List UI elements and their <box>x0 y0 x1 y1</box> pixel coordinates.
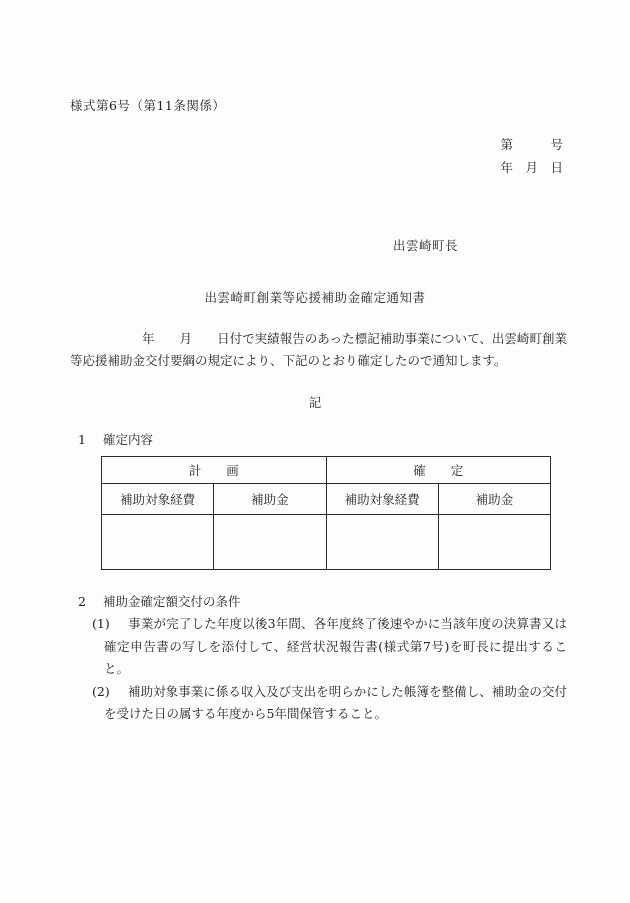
document-title: 出雲崎町創業等応援補助金確定通知書 <box>0 288 630 306</box>
date-line: 年 月 日 <box>500 156 563 179</box>
table-value-row <box>102 515 551 570</box>
col-header-determined-expenses: 補助対象経費 <box>326 484 438 515</box>
section1-number: 1 <box>78 432 103 447</box>
section2: 2補助金確定額交付の条件 (1)事業が完了した年度以後3年間、各年度終了後速やか… <box>70 591 567 725</box>
document-number-block: 第 号 年 月 日 <box>500 133 563 179</box>
group-header-determined: 確 定 <box>326 457 551 484</box>
record-marker: 記 <box>0 393 630 411</box>
table-column-header-row: 補助対象経費 補助金 補助対象経費 補助金 <box>102 484 551 515</box>
body-paragraph: 年 月 日付で実績報告のあった標記補助事業について、出雲崎町創業等応援補助金交付… <box>70 328 567 373</box>
section1-heading: 1確定内容 <box>78 430 153 448</box>
col-header-plan-expenses: 補助対象経費 <box>102 484 214 515</box>
section2-heading-text: 補助金確定額交付の条件 <box>103 594 241 609</box>
addressee-line: 出雲崎町長 <box>393 236 458 254</box>
determination-table: 計 画 確 定 補助対象経費 補助金 補助対象経費 補助金 <box>101 456 551 570</box>
condition-item-1: (1)事業が完了した年度以後3年間、各年度終了後速やかに当該年度の決算書又は確定… <box>104 613 567 680</box>
form-number: 様式第6号（第11条関係） <box>70 96 225 114</box>
group-header-plan: 計 画 <box>102 457 327 484</box>
document-number-line: 第 号 <box>500 133 563 156</box>
cell-determined-subsidy <box>438 515 550 570</box>
cell-plan-expenses <box>102 515 214 570</box>
section1-heading-text: 確定内容 <box>103 432 153 447</box>
condition-2-text: 補助対象事業に係る収入及び支出を明らかにした帳簿を整備し、補助金の交付を受けた日… <box>104 684 567 721</box>
condition-1-text: 事業が完了した年度以後3年間、各年度終了後速やかに当該年度の決算書又は確定申告書… <box>104 616 567 676</box>
document-page: 様式第6号（第11条関係） 第 号 年 月 日 出雲崎町長 出雲崎町創業等応援補… <box>0 0 630 903</box>
section2-number: 2 <box>78 591 103 613</box>
condition-item-2: (2)補助対象事業に係る収入及び支出を明らかにした帳簿を整備し、補助金の交付を受… <box>104 681 567 726</box>
section2-heading: 2補助金確定額交付の条件 <box>78 591 567 613</box>
condition-2-marker: (2) <box>92 681 128 703</box>
table-group-header-row: 計 画 確 定 <box>102 457 551 484</box>
cell-determined-expenses <box>326 515 438 570</box>
col-header-plan-subsidy: 補助金 <box>214 484 326 515</box>
cell-plan-subsidy <box>214 515 326 570</box>
condition-1-marker: (1) <box>92 613 128 635</box>
col-header-determined-subsidy: 補助金 <box>438 484 550 515</box>
